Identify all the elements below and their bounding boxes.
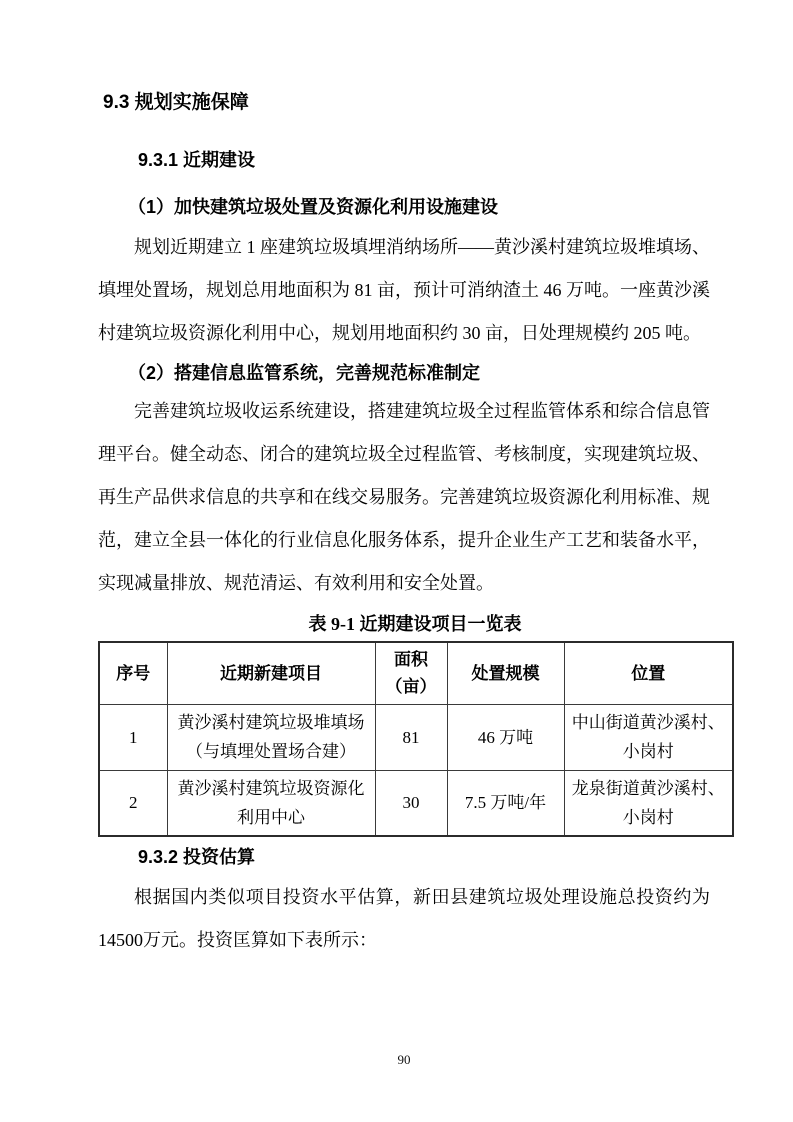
cell-scale: 7.5 万吨/年 bbox=[447, 770, 564, 836]
subsection-heading-9-3-1: 9.3.1 近期建设 bbox=[138, 148, 710, 173]
paragraph-supervision-system: 完善建筑垃圾收运系统建设，搭建建筑垃圾全过程监管体系和综合信息管理平台。健全动态… bbox=[98, 390, 710, 605]
page-number: 90 bbox=[98, 1052, 710, 1068]
document-page: 9.3 规划实施保障 9.3.1 近期建设 （1）加快建筑垃圾处置及资源化利用设… bbox=[0, 0, 793, 1122]
cell-area: 81 bbox=[375, 704, 447, 770]
cell-location: 龙泉街道黄沙溪村、 小岗村 bbox=[564, 770, 733, 836]
cell-project: 黄沙溪村建筑垃圾堆填场 （与填埋处置场合建） bbox=[167, 704, 375, 770]
table-caption: 表 9-1 近期建设项目一览表 bbox=[98, 611, 732, 637]
table-row: 2 黄沙溪村建筑垃圾资源化 利用中心 30 7.5 万吨/年 龙泉街道黄沙溪村、… bbox=[99, 770, 733, 836]
cell-no: 1 bbox=[99, 704, 167, 770]
column-header-location: 位置 bbox=[564, 642, 733, 704]
table-header-row: 序号 近期新建项目 面积 （亩） 处置规模 位置 bbox=[99, 642, 733, 704]
cell-location: 中山街道黄沙溪村、 小岗村 bbox=[564, 704, 733, 770]
column-header-no: 序号 bbox=[99, 642, 167, 704]
table-row: 1 黄沙溪村建筑垃圾堆填场 （与填埋处置场合建） 81 46 万吨 中山街道黄沙… bbox=[99, 704, 733, 770]
cell-project: 黄沙溪村建筑垃圾资源化 利用中心 bbox=[167, 770, 375, 836]
point-heading-1: （1）加快建筑垃圾处置及资源化利用设施建设 bbox=[128, 195, 710, 220]
column-header-project: 近期新建项目 bbox=[167, 642, 375, 704]
point-heading-2: （2）搭建信息监管系统，完善规范标准制定 bbox=[128, 361, 710, 386]
paragraph-near-term-construction: 规划近期建立 1 座建筑垃圾填埋消纳场所——黄沙溪村建筑垃圾堆填场、填埋处置场，… bbox=[98, 226, 710, 355]
near-term-projects-table: 序号 近期新建项目 面积 （亩） 处置规模 位置 1 黄沙溪村建筑垃圾堆填场 （… bbox=[98, 641, 734, 837]
column-header-scale: 处置规模 bbox=[447, 642, 564, 704]
cell-scale: 46 万吨 bbox=[447, 704, 564, 770]
column-header-area: 面积 （亩） bbox=[375, 642, 447, 704]
paragraph-investment-estimate: 根据国内类似项目投资水平估算，新田县建筑垃圾处理设施总投资约为14500万元。投… bbox=[98, 876, 710, 962]
cell-no: 2 bbox=[99, 770, 167, 836]
section-heading-9-3: 9.3 规划实施保障 bbox=[103, 90, 710, 116]
subsection-heading-9-3-2: 9.3.2 投资估算 bbox=[138, 845, 710, 870]
cell-area: 30 bbox=[375, 770, 447, 836]
